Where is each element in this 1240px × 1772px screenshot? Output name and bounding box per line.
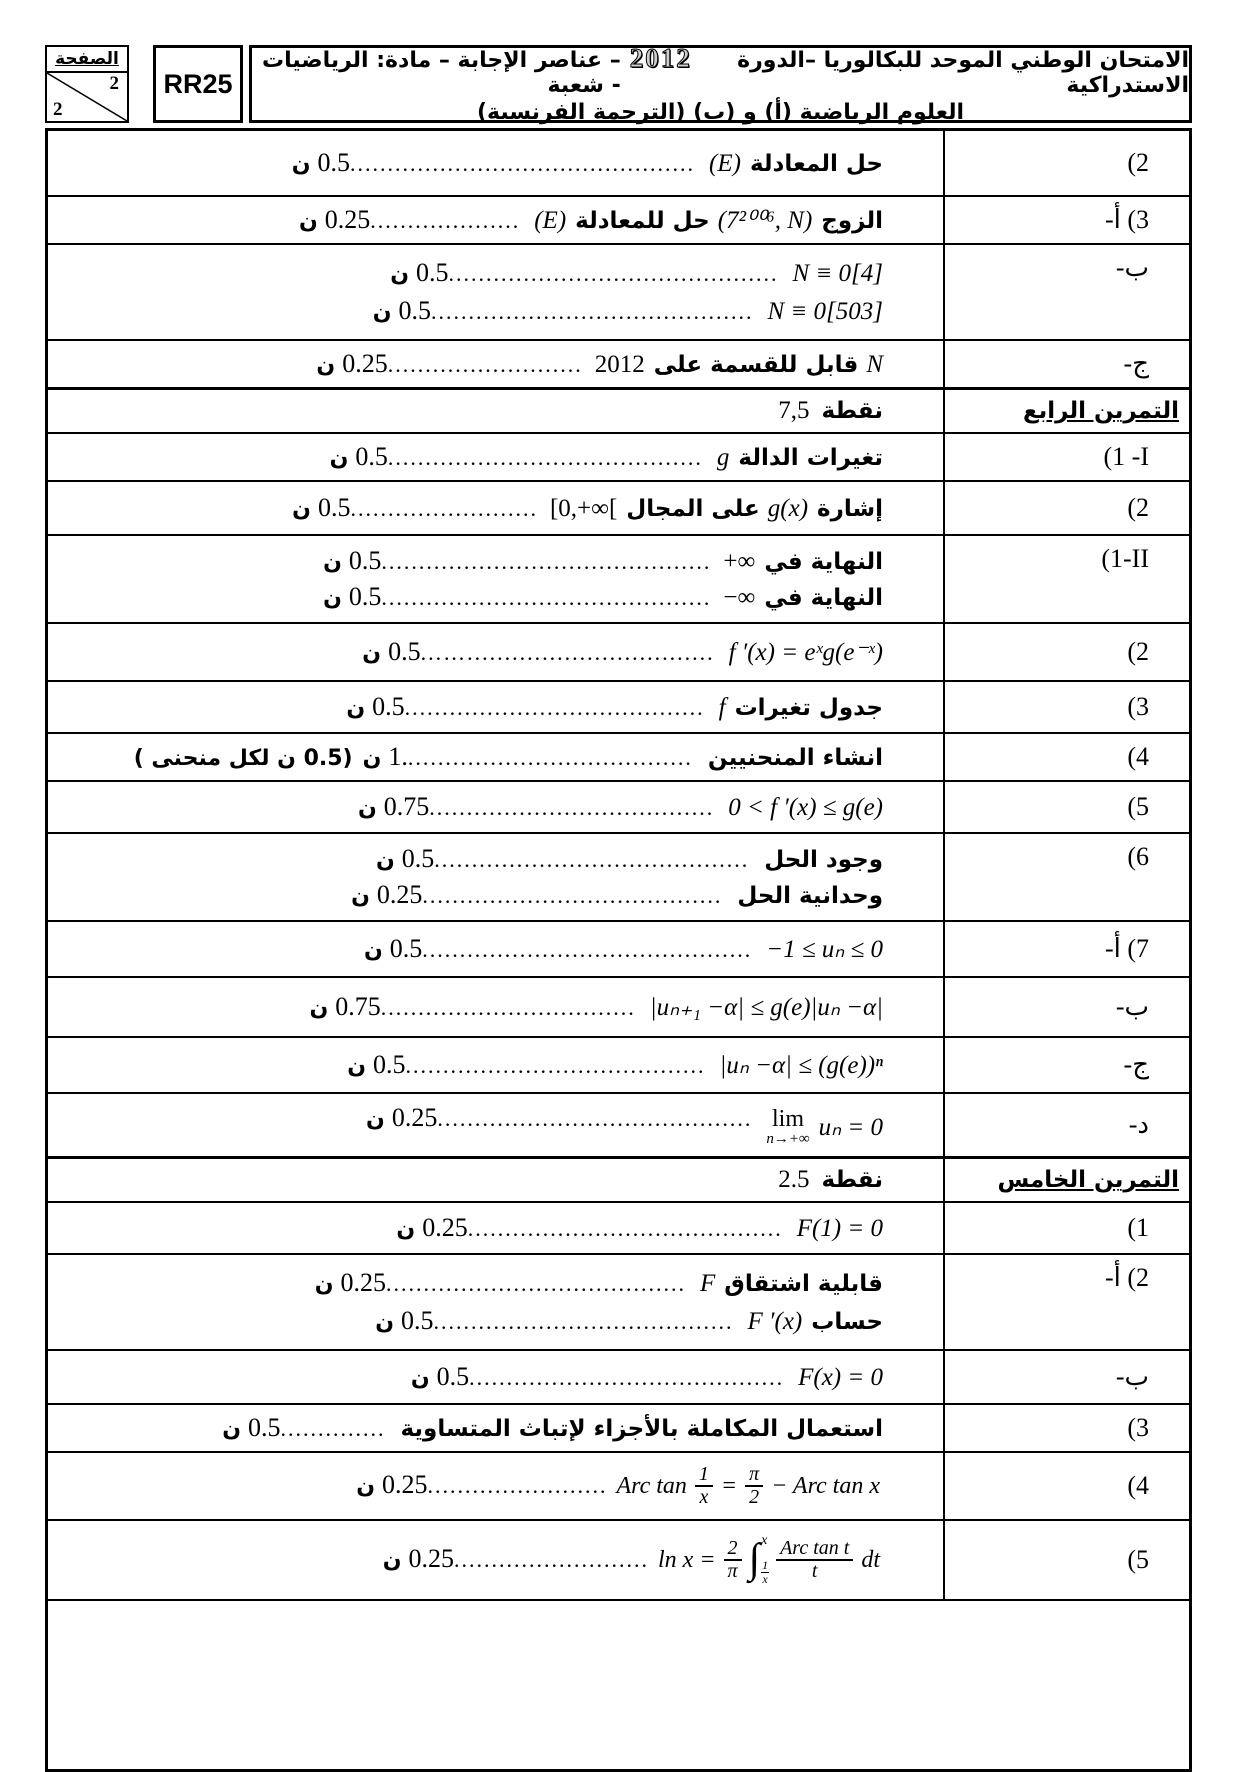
answer-line: ن0.25...................................… [58,1213,883,1243]
answer-line: ن0.5....................................… [58,1362,883,1392]
answer-cell: 2.5نقطة [48,1159,943,1201]
dotted-leader: ........................................… [381,585,711,611]
score-unit: ن [390,262,409,287]
dotted-leader: ......................... [350,496,538,522]
answer-line: ن0.75..................................|… [58,992,883,1022]
question-number: -ج [1124,1050,1149,1080]
table-row: ن0.25........................Arc tan1x=π… [48,1451,1189,1519]
table-row: 2.5نقطةالتمرين الخامس [48,1156,1189,1201]
score-value: 0.5 [390,934,423,964]
math-expression: |uₙ₊₁ −α| ≤ g(e)|uₙ −α| [650,992,883,1022]
question-number: (4 [1127,1471,1149,1501]
answer-text-arabic: حل للمعادلة [575,208,710,234]
dotted-leader: .................... [370,208,520,234]
answer-cell: (0.5 ن لكل منحنى )ن1....................… [48,734,943,780]
question-number-cell: (1 [943,1203,1189,1253]
score-value: 0.5 [401,1306,434,1336]
table-row: ن0.25...................................… [48,1201,1189,1253]
exam-title-line1: الامتحان الوطني الموحد للبكالوريا –الدور… [252,43,1189,98]
exercise-points-word: نقطة [821,398,883,424]
fraction: Arc tan tt [776,1538,853,1582]
score-unit: ن [316,353,335,378]
answer-line: ن0.25........................Arc tan1x=π… [58,1464,883,1508]
page-header: الصفحة 2 2 RR25 الامتحان الوطني الموحد ل… [45,45,1192,123]
score-value: 0.5 [248,1413,281,1443]
math-token: = [721,1473,737,1500]
fraction: π2 [745,1464,763,1508]
answer-line: ن0.5....................................… [58,582,883,612]
exam-code: RR25 [153,45,243,123]
score-unit: ن [356,1474,375,1499]
answer-text-arabic: حل المعادلة [750,151,883,177]
score-value: 0.25 [422,1213,468,1243]
table-row: ن0.25..........................ln x =2π∫… [48,1519,1189,1599]
score-unit: ن [347,1054,366,1079]
answer-line: ن0.5....................................… [58,258,883,288]
score-value: 0.25 [409,1544,455,1574]
answer-sheet-page: الصفحة 2 2 RR25 الامتحان الوطني الموحد ل… [45,45,1192,1772]
score-value: 0.5 [318,493,351,523]
integral-lower: 1x [761,1559,769,1586]
score-unit: ن [315,1272,334,1297]
question-number-cell: (2 [943,131,1189,195]
answer-line: ن0.75...................................… [58,792,883,822]
score-unit: ن [292,152,311,177]
dotted-leader: ...................................... [408,745,693,771]
question-number-cell: (3 [943,682,1189,732]
math-expression: g(x) [768,495,808,523]
answer-cell: ن0.5....................................… [48,245,943,339]
math-expression: −1 ≤ uₙ ≤ 0 [766,934,883,964]
answer-text-arabic: جدول تغيرات [735,695,883,721]
score-value: 1. [388,742,408,772]
title-post: – عناصر الإجابة – مادة: الرياضيات - شعبة [252,48,621,98]
math-expression: F [700,1270,715,1298]
limit-operator: lim [772,1107,804,1131]
answer-line: ن0.25...................................… [58,1268,883,1298]
question-number-cell: -أ (2 [943,1255,1189,1349]
page-total: 2 [53,99,63,121]
question-number-cell: -ب [943,1351,1189,1403]
question-number: -ب [1116,253,1149,283]
question-number: -أ (2 [1105,1263,1149,1293]
answer-cell: ن0.5....................................… [48,1351,943,1403]
integral: ∫x1x [749,1534,770,1586]
score-unit: ن [376,848,395,873]
answer-text-arabic: الزوج [821,208,883,234]
answer-cell: ن0.5....................................… [48,434,943,480]
question-number: (3 [1127,692,1149,722]
limit-stack: limn→+∞ [766,1107,809,1148]
fraction: 1x [695,1464,713,1508]
table-row: ن0.25..........................2012قابل … [48,339,1189,387]
dotted-leader: ........................................… [431,299,754,325]
score-value: 0.25 [392,1103,438,1133]
score-value: 0.5 [349,546,382,576]
answer-text-arabic: حساب [811,1309,883,1335]
score-unit: ن [373,300,392,325]
answer-text-arabic: النهاية في [764,549,883,575]
score-unit: ن [299,209,318,234]
math-token: − Arc tan x [771,1473,880,1500]
table-row: ن0.5....................................… [48,832,1189,920]
answers-table: ن0.5....................................… [45,128,1192,1772]
answer-line: ن0.5....................................… [58,1306,883,1336]
question-number-cell: (5 [943,782,1189,832]
question-number-cell: -ج [943,1038,1189,1092]
page-label: الصفحة [47,47,127,73]
answer-text-arabic: إشارة [817,496,883,522]
question-number-cell: -د [943,1094,1189,1156]
answer-cell: ن0.25...................................… [48,1255,943,1349]
title-pre: الامتحان الوطني الموحد للبكالوريا –الدور… [701,48,1189,98]
math-token: Arc tan [616,1473,686,1500]
answer-line: ن0.25...................................… [58,1103,883,1148]
answer-line: ن0.5...…................................… [58,637,883,667]
score-unit: ن [346,696,365,721]
score-unit: ن [411,1366,430,1391]
math-token: dt [861,1547,880,1574]
table-row: ن0.5....................................… [48,131,1189,195]
table-row: ن0.5....................................… [48,1036,1189,1092]
score-value: 0.5 [318,148,351,178]
dotted-leader: ........................................… [434,847,749,873]
dotted-leader: ...…................................. [421,640,715,666]
score-unit: ن [323,550,342,575]
answer-text-arabic: انشاء المنحنيين [708,745,883,771]
math-formula: ln x =2π∫x1xArc tan ttdt [655,1534,883,1586]
math-expression: (7²⁰⁰⁶, N) [718,205,813,235]
math-expression: F(x) = 0 [798,1364,883,1392]
answer-line: ن0.25..........................ln x =2π∫… [58,1534,883,1586]
score-value: 0.5 [372,692,405,722]
score-unit: ن [366,1107,385,1132]
integral-upper: x [761,1534,769,1548]
score-value: 0.25 [325,205,371,235]
table-row: ن0.75...................................… [48,780,1189,832]
dotted-leader: ........................................ [405,695,705,721]
exercise-points: 7,5نقطة [58,397,883,425]
question-number: (3 [1127,1413,1149,1443]
math-expression: (E) [709,150,741,178]
math-token: ln x = [658,1547,716,1574]
score-value: 0.25 [342,349,388,379]
question-number: (2 [1127,148,1149,178]
dotted-leader: ........................................ [422,883,722,909]
table-row: ن0.25...................................… [48,1253,1189,1349]
answer-cell: ن0.75..................................|… [48,978,943,1036]
answer-line: ن0.5....................................… [58,546,883,576]
table-row: ن0.75..................................|… [48,976,1189,1036]
math-formula: Arc tan1x=π2− Arc tan x [613,1464,883,1508]
score-value: 0.5 [416,258,449,288]
table-row: 7,5نقطةالتمرين الرابع [48,387,1189,432]
answer-line: ن0.5....................................… [58,844,883,874]
question-number-cell: (4 [943,1453,1189,1519]
question-number-cell: (2 [943,624,1189,680]
score-value: 0.5 [388,637,421,667]
question-number: (2 [1127,637,1149,667]
exercise-title: التمرين الرابع [1023,398,1179,424]
exercise-title: التمرين الخامس [998,1167,1179,1193]
table-row: ن0.5....................................… [48,534,1189,622]
score-value: 0.5 [355,442,388,472]
answer-text-arabic: قابلية اشتقاق [724,1271,883,1297]
dotted-leader: ........................ [427,1473,607,1499]
answer-cell: ن0.25..........................2012قابل … [48,341,943,387]
math-expression: f ′(x) = eˣg(e⁻ˣ) [729,637,883,667]
question-number-cell: -ب [943,245,1189,339]
table-row [48,1599,1189,1769]
question-number: -ب [1116,992,1149,1022]
answer-text-arabic: وجود الحل [764,847,883,873]
answer-text-arabic: تغيرات الدالة [738,445,883,471]
table-row: ن0.25...................................… [48,1092,1189,1156]
math-expression: F ′(x) [748,1308,803,1336]
limit-expression: limn→+∞uₙ = 0 [766,1107,883,1148]
score-unit: ن [309,996,328,1021]
answer-line: ن0.5.........................[0,+∞[على ا… [58,493,883,523]
exercise-points: 2.5نقطة [58,1166,883,1194]
answer-cell: 7,5نقطة [48,390,943,432]
exam-title-line2: العلوم الرياضية (أ) و (ب) (الترجمة الفرن… [477,100,964,125]
answer-cell: ن0.5..............استعمال المكاملة بالأج… [48,1405,943,1451]
math-expression: f [719,694,726,722]
question-number: -ب [1116,1362,1149,1392]
answer-line: ن0.25..........................2012قابل … [58,349,883,379]
question-number: (4 [1127,742,1149,772]
page-fraction: 2 2 [47,73,127,121]
question-number: (1 -I [1104,442,1149,472]
answer-text-arabic: على المجال [626,496,760,522]
page-number-box: الصفحة 2 2 [45,45,129,123]
score-value: 0.5 [402,844,435,874]
score-value: 0.25 [341,1268,387,1298]
score-value: 0.75 [335,992,381,1022]
exercise-points-number: 7,5 [778,397,809,425]
math-number: [0,+∞[ [550,495,617,523]
answer-cell: ن0.5...…................................… [48,624,943,680]
math-expression: N ≡ 0[503] [767,298,883,326]
score-unit: ن [358,796,377,821]
score-unit: ن [292,497,311,522]
score-unit: ن [351,884,370,909]
score-unit: ن [364,938,383,963]
question-number-cell: (4 [943,734,1189,780]
math-number: 2012 [595,351,645,379]
dotted-leader: .......................... [388,352,583,378]
answer-cell: ن0.25........................Arc tan1x=π… [48,1453,943,1519]
score-unit: ن [363,746,382,771]
answer-line: ن0.25...................................… [58,880,883,910]
answer-line: ن0.5....................................… [58,148,883,178]
score-unit: ن [375,1310,394,1335]
table-row: ن0.5....................................… [48,680,1189,732]
answer-text-arabic: قابل للقسمة على [654,352,859,378]
fraction: 2π [724,1538,742,1582]
dotted-leader: ........................................… [448,261,778,287]
dotted-leader: ........................................ [406,1053,706,1079]
dotted-leader: ........................................… [437,1106,752,1132]
score-unit: ن [362,641,381,666]
question-number-cell: (2 [943,482,1189,534]
dotted-leader: .................................. [381,995,636,1021]
answer-cell: ن0.5....................................… [48,1038,943,1092]
table-row: ن0.5....................................… [48,432,1189,480]
question-number-cell: التمرين الرابع [943,390,1189,432]
exercise-points-word: نقطة [821,1167,883,1193]
answer-line: ن0.5..............استعمال المكاملة بالأج… [58,1413,883,1443]
score-value: 0.5 [398,296,431,326]
question-number-cell: -أ (7 [943,922,1189,976]
table-row: ن0.5....................................… [48,1349,1189,1403]
table-row: ن0.5....................................… [48,243,1189,339]
table-row: ن0.25....................(E)حل للمعادلة(… [48,195,1189,243]
question-number-cell: -ج [943,341,1189,387]
question-number-cell: (5 [943,1521,1189,1599]
question-number-cell: -أ (3 [943,197,1189,243]
answer-cell: ن0.5....................................… [48,834,943,920]
exam-title-box: الامتحان الوطني الموحد للبكالوريا –الدور… [249,45,1192,123]
answer-cell: ن0.25..........................ln x =2π∫… [48,1521,943,1599]
question-number: (1 [1127,1213,1149,1243]
score-unit: ن [222,1417,241,1442]
question-number: -ج [1124,349,1149,379]
page-current: 2 [110,73,120,95]
question-number: (6 [1127,842,1149,872]
math-expression: (E) [534,207,566,235]
table-row: ن0.5....................................… [48,920,1189,976]
question-number-cell: (6 [943,834,1189,920]
answer-cell: ن0.25...................................… [48,1094,943,1156]
question-number: (2 [1127,493,1149,523]
dotted-leader: ........................................ [434,1309,734,1335]
score-detail: (0.5 ن لكل منحنى ) [134,746,353,771]
answer-line: ن0.25....................(E)حل للمعادلة(… [58,205,883,235]
answer-cell: ن0.75...................................… [48,782,943,832]
exercise-points-number: 2.5 [778,1166,809,1194]
limit-subscript: n→+∞ [766,1131,809,1148]
dotted-leader: ...................................... [429,795,714,821]
math-expression: 0 < f ′(x) ≤ g(e) [728,794,883,822]
answer-line: ن0.5....................................… [58,296,883,326]
answer-line: ن0.5....................................… [58,934,883,964]
score-unit: ن [330,446,349,471]
integral-limits: x1x [761,1534,769,1586]
question-number: -أ (7 [1105,934,1149,964]
title-year: 2012 [630,43,692,74]
answer-cell: ن0.5....................................… [48,131,943,195]
dotted-leader: ........................................… [422,937,752,963]
math-expression: |uₙ −α| ≤ (g(e))ⁿ [720,1050,883,1080]
score-value: 0.5 [437,1362,470,1392]
dotted-leader: ........................................ [386,1271,686,1297]
score-unit: ن [396,1217,415,1242]
score-value: 0.5 [373,1050,406,1080]
answer-line: (0.5 ن لكل منحنى )ن1....................… [58,742,883,772]
dotted-leader: ........................................… [350,151,695,177]
question-number: -د [1129,1110,1149,1140]
answer-text-arabic: وحدانية الحل [737,883,883,909]
score-value: 0.25 [382,1470,428,1500]
math-expression: g [717,444,730,472]
question-number: (1-II [1101,544,1149,574]
score-value: 0.75 [384,792,430,822]
answer-cell: ن0.25...................................… [48,1203,943,1253]
question-number: -أ (3 [1105,205,1149,235]
dotted-leader: ........................................… [381,549,711,575]
table-row: ن0.5.........................[0,+∞[على ا… [48,480,1189,534]
question-number-cell: (1 -I [943,434,1189,480]
integral-sign: ∫ [749,1543,761,1577]
math-number: +∞ [723,548,755,576]
score-value: 0.25 [377,880,423,910]
math-expression: N [866,351,883,379]
empty-cell [48,1601,1189,1769]
question-number: (5 [1127,1545,1149,1575]
answer-cell: ن0.5....................................… [48,682,943,732]
dotted-leader: ........................................… [388,445,703,471]
table-row: ن0.5..............استعمال المكاملة بالأج… [48,1403,1189,1451]
answer-line: ن0.5....................................… [58,692,883,722]
answer-text-arabic: النهاية في [764,585,883,611]
dotted-leader: ........................................… [469,1365,784,1391]
answer-text-arabic: استعمال المكاملة بالأجزاء لإتباث المتساو… [400,1416,883,1442]
math-expression: F(1) = 0 [797,1215,883,1243]
question-number-cell: التمرين الخامس [943,1159,1189,1201]
dotted-leader: .............. [280,1416,385,1442]
answer-cell: ن0.25....................(E)حل للمعادلة(… [48,197,943,243]
answer-line: ن0.5....................................… [58,442,883,472]
answer-cell: ن0.5....................................… [48,536,943,622]
question-number-cell: -ب [943,978,1189,1036]
answer-cell: ن0.5....................................… [48,922,943,976]
question-number: (5 [1127,792,1149,822]
limit-body: uₙ = 0 [819,1112,883,1142]
math-number: −∞ [723,584,755,612]
table-row: ن0.5...…................................… [48,622,1189,680]
question-number-cell: (1-II [943,536,1189,622]
dotted-leader: ........................................… [468,1216,783,1242]
answer-line: ن0.5....................................… [58,1050,883,1080]
answer-cell: ن0.5.........................[0,+∞[على ا… [48,482,943,534]
math-expression: N ≡ 0[4] [792,260,883,288]
table-row: (0.5 ن لكل منحنى )ن1....................… [48,732,1189,780]
question-number-cell: (3 [943,1405,1189,1451]
score-unit: ن [383,1548,402,1573]
dotted-leader: .......................... [454,1547,649,1573]
score-value: 0.5 [349,582,382,612]
score-unit: ن [323,586,342,611]
